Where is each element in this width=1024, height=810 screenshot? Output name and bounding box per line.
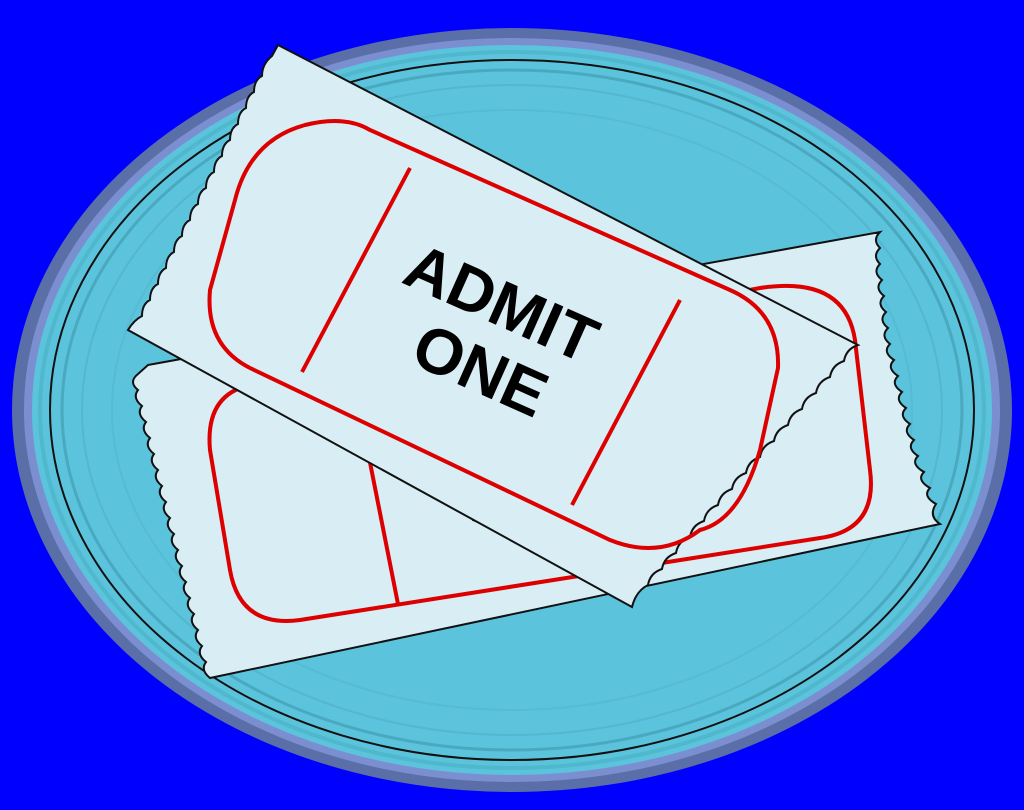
admit-one-clipart: A O ADMIT ONE [0, 0, 1024, 810]
clipart-canvas: A O ADMIT ONE [0, 0, 1024, 810]
